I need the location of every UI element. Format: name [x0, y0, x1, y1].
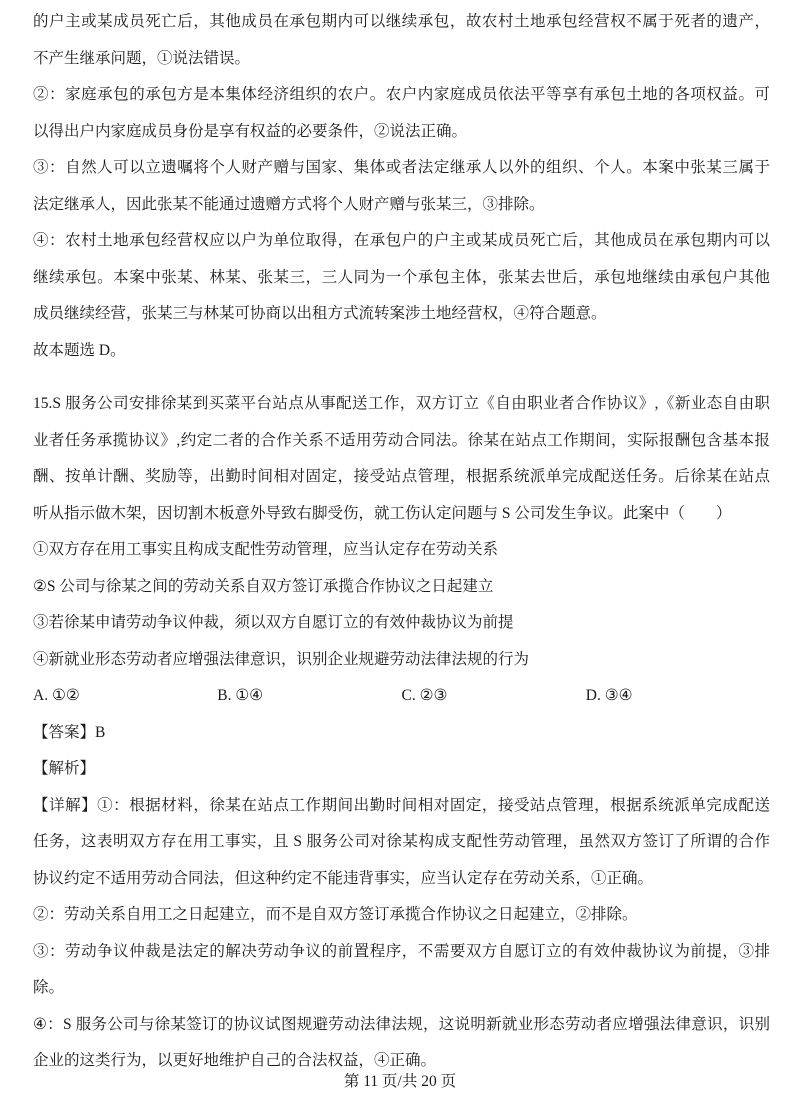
text-line: ④新就业形态劳动者应增强法律意识，识别企业规避劳动法律法规的行为: [33, 642, 770, 679]
text-line: 15.S 服务公司安排徐某到买菜平台站点从事配送工作，双方订立《自由职业者合作协…: [33, 386, 770, 423]
text-line: 继续承包。本案中张某、林某、张某三，三人同为一个承包主体，张某去世后，承包地继续…: [33, 260, 770, 297]
text-line: ①双方存在用工事实且构成支配性劳动管理，应当认定存在劳动关系: [33, 532, 770, 569]
text-line: 【详解】①：根据材料，徐某在站点工作期间出勤时间相对固定，接受站点管理，根据系统…: [33, 788, 770, 825]
answer-choice-d: D. ③④: [586, 678, 770, 715]
text-line: 任务，这表明双方存在用工事实，且 S 服务公司对徐某构成支配性劳动管理，虽然双方…: [33, 824, 770, 861]
text-line: ②：家庭承包的承包方是本集体经济组织的农户。农户内家庭成员依法平等享有承包土地的…: [33, 77, 770, 114]
text-line: ③：劳动争议仲裁是法定的解决劳动争议的前置程序，不需要双方自愿订立的有效仲裁协议…: [33, 934, 770, 971]
document-body: 的户主或某成员死亡后，其他成员在承包期内可以继续承包，故农村土地承包经营权不属于…: [33, 4, 770, 1080]
answer-choice-b: B. ①④: [217, 678, 401, 715]
text-line: ③：自然人可以立遗嘱将个人财产赠与国家、集体或者法定继承人以外的组织、个人。本案…: [33, 150, 770, 187]
text-line: 协议约定不适用劳动合同法，但这种约定不能违背事实，应当认定存在劳动关系，①正确。: [33, 861, 770, 898]
text-line: 成员继续经营，张某三与林某可协商以出租方式流转案涉土地经营权，④符合题意。: [33, 296, 770, 333]
text-line: ④：农村土地承包经营权应以户为单位取得，在承包户的户主或某成员死亡后，其他成员在…: [33, 223, 770, 260]
document-page: 的户主或某成员死亡后，其他成员在承包期内可以继续承包，故农村土地承包经营权不属于…: [0, 0, 800, 1109]
text-line: 【解析】: [33, 751, 770, 788]
paragraph-gap: [33, 369, 770, 386]
text-line: 酬、按单计酬、奖励等，出勤时间相对固定，接受站点管理，根据系统派单完成配送任务。…: [33, 459, 770, 496]
text-line: ②：劳动关系自用工之日起建立，而不是自双方签订承揽合作协议之日起建立，②排除。: [33, 897, 770, 934]
answer-choice-c: C. ②③: [402, 678, 586, 715]
text-line: 的户主或某成员死亡后，其他成员在承包期内可以继续承包，故农村土地承包经营权不属于…: [33, 4, 770, 41]
text-line: 不产生继承问题，①说法错误。: [33, 41, 770, 78]
text-line: ③若徐某申请劳动争议仲裁，须以双方自愿订立的有效仲裁协议为前提: [33, 605, 770, 642]
text-line: 听从指示做木架，因切割木板意外导致右脚受伤，就工伤认定问题与 S 公司发生争议。…: [33, 496, 770, 533]
text-line: 业者任务承揽协议》,约定二者的合作关系不适用劳动合同法。徐某在站点工作期间，实际…: [33, 423, 770, 460]
text-line: 法定继承人，因此张某不能通过遗赠方式将个人财产赠与张某三，③排除。: [33, 187, 770, 224]
text-line: ②S 公司与徐某之间的劳动关系自双方签订承揽合作协议之日起建立: [33, 569, 770, 606]
answer-choices-row: A. ①②B. ①④C. ②③D. ③④: [33, 678, 770, 715]
text-line: 【答案】B: [33, 715, 770, 752]
text-line: 故本题选 D。: [33, 333, 770, 370]
text-line: 以得出户内家庭成员身份是享有权益的必要条件，②说法正确。: [33, 114, 770, 151]
text-line: 除。: [33, 970, 770, 1007]
text-line: ④：S 服务公司与徐某签订的协议试图规避劳动法律法规，这说明新就业形态劳动者应增…: [33, 1007, 770, 1044]
page-number-footer: 第 11 页/共 20 页: [0, 1072, 800, 1092]
answer-choice-a: A. ①②: [33, 678, 217, 715]
